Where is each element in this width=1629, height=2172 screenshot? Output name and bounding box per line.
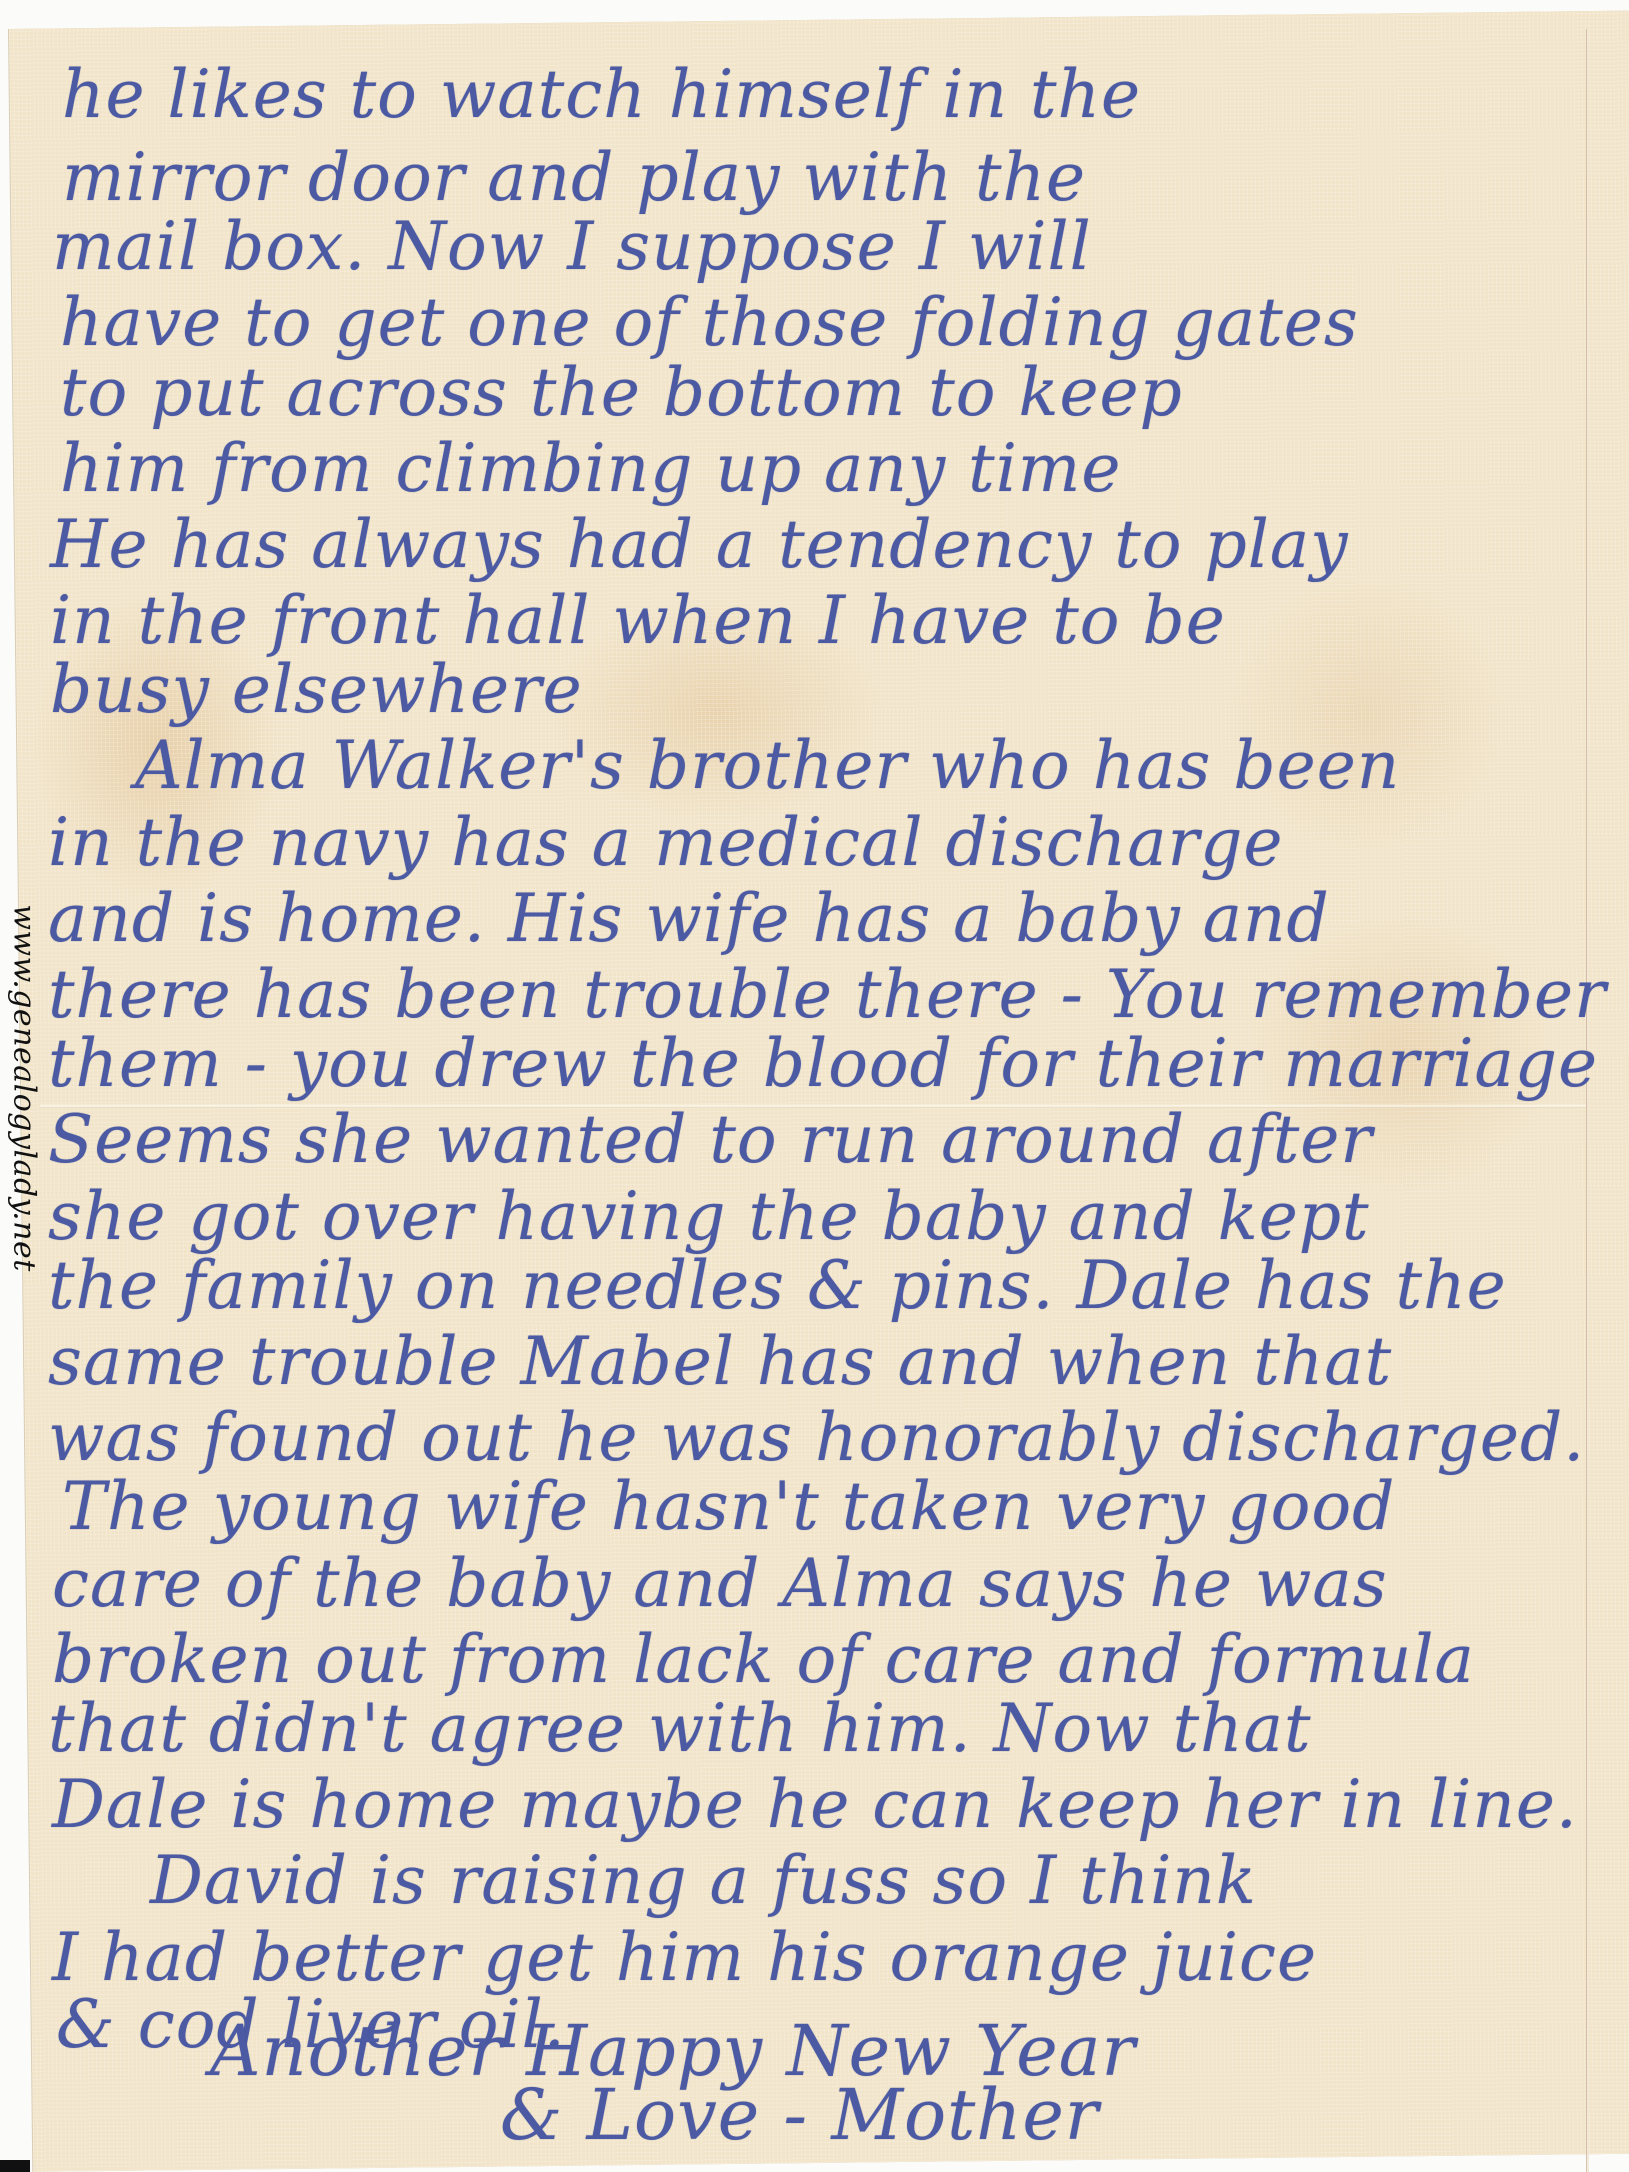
letter-line: them - you drew the blood for their marr… [48, 1031, 1598, 1097]
letter-line: in the front hall when I have to be [50, 588, 1226, 654]
letter-line: care of the baby and Alma says he was [52, 1551, 1388, 1617]
letter-line: mail box. Now I suppose I will [52, 214, 1092, 280]
letter-line: Seems she wanted to run around after [48, 1107, 1373, 1173]
letter-line: He has always had a tendency to play [50, 512, 1349, 578]
letter-line: she got over having the baby and kept [48, 1184, 1370, 1250]
letter-line: same trouble Mabel has and when that [48, 1329, 1392, 1395]
letter-line: and is home. His wife has a baby and [48, 886, 1330, 952]
letter-line: there has been trouble there - You remem… [48, 962, 1607, 1028]
letter-line: busy elsewhere [50, 657, 583, 723]
letter-line: was found out he was honorably discharge… [48, 1405, 1585, 1471]
letter-line: to put across the bottom to keep [60, 360, 1183, 426]
letter-line: the family on needles & pins. Dale has t… [48, 1253, 1507, 1319]
letter-line: him from climbing up any time [60, 436, 1121, 502]
letter-line: David is raising a fuss so I think [150, 1848, 1257, 1914]
letter-line: broken out from lack of care and formula [52, 1627, 1475, 1693]
letter-line: have to get one of those folding gates [60, 290, 1359, 356]
letter-line: Dale is home maybe he can keep her in li… [52, 1772, 1578, 1838]
signature: & Love - Mother [500, 2080, 1099, 2150]
watermark-text: www.genealogylady.net [7, 904, 42, 1272]
letter-line: The young wife hasn't taken very good [62, 1474, 1395, 1540]
letter-line: mirror door and play with the [62, 145, 1086, 211]
letter-line: he likes to watch himself in the [62, 62, 1141, 128]
letter-line: I had better get him his orange juice [52, 1925, 1317, 1991]
letter-line: that didn't agree with him. Now that [48, 1696, 1312, 1762]
letter-line: in the navy has a medical discharge [48, 810, 1283, 876]
scan-corner-shadow [0, 2160, 30, 2172]
letter-line: Alma Walker's brother who has been [135, 733, 1400, 799]
watermark: www.genealogylady.net [4, 886, 44, 1290]
